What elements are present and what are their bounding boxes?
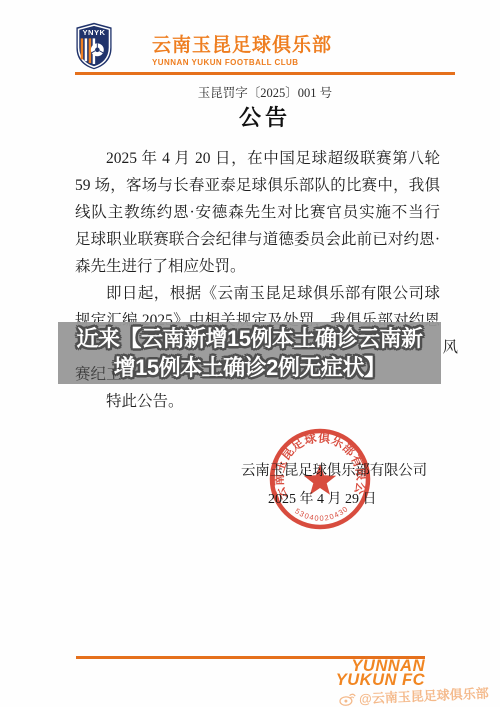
signature-company: 云南玉昆足球俱乐部有限公司 [241,459,427,480]
club-name-cn: 云南玉昆足球俱乐部 [152,36,332,56]
body-line: 线队主教练约恩·安德森先生对比赛官员实施不当行为。中国 [75,199,440,226]
body-line: 即日起，根据《云南玉昆足球俱乐部有限公司球队管理 [75,280,440,307]
footer-wordmark: YUNNAN YUKUN FC [336,660,425,687]
document-body: 2025 年 4 月 20 日，在中国足球超级联赛第八轮场序第59 场，客场与长… [75,145,440,415]
body-line-obscured: 赛纪工 [75,361,440,388]
signature-date: 2025 年 4 月 29 日 [268,488,377,508]
document-title: 公告 [75,101,455,132]
body-line: 59 场，客场与长春亚泰足球俱乐部队的比赛中，我俱乐部一 [75,172,440,199]
wordmark-line-2: YUKUN FC [336,674,425,688]
club-crest-logo: YNYK [75,21,113,71]
announcement-image: YNYK 云南玉昆足球俱乐部 YUNNAN YUKUN FOOTBALL CLU… [0,0,500,707]
body-line: 2025 年 4 月 20 日，在中国足球超级联赛第八轮场序第 [75,145,440,172]
club-names: 云南玉昆足球俱乐部 YUNNAN YUKUN FOOTBALL CLUB [152,36,332,67]
club-name-en: YUNNAN YUKUN FOOTBALL CLUB [152,58,332,67]
body-line: 森先生进行了相应处罚。 [75,253,440,280]
body-line: 特此公告。 [75,388,440,415]
document-ref-number: 玉昆罚字〔2025〕001 号 [75,83,455,101]
header-divider [75,72,455,75]
body-line: 足球职业联赛联合会纪律与道德委员会此前已对约恩·安德 [75,226,440,253]
weibo-icon [339,691,357,706]
logo-monogram: YNYK [83,28,106,37]
body-line-obscured: 风 [75,334,458,361]
